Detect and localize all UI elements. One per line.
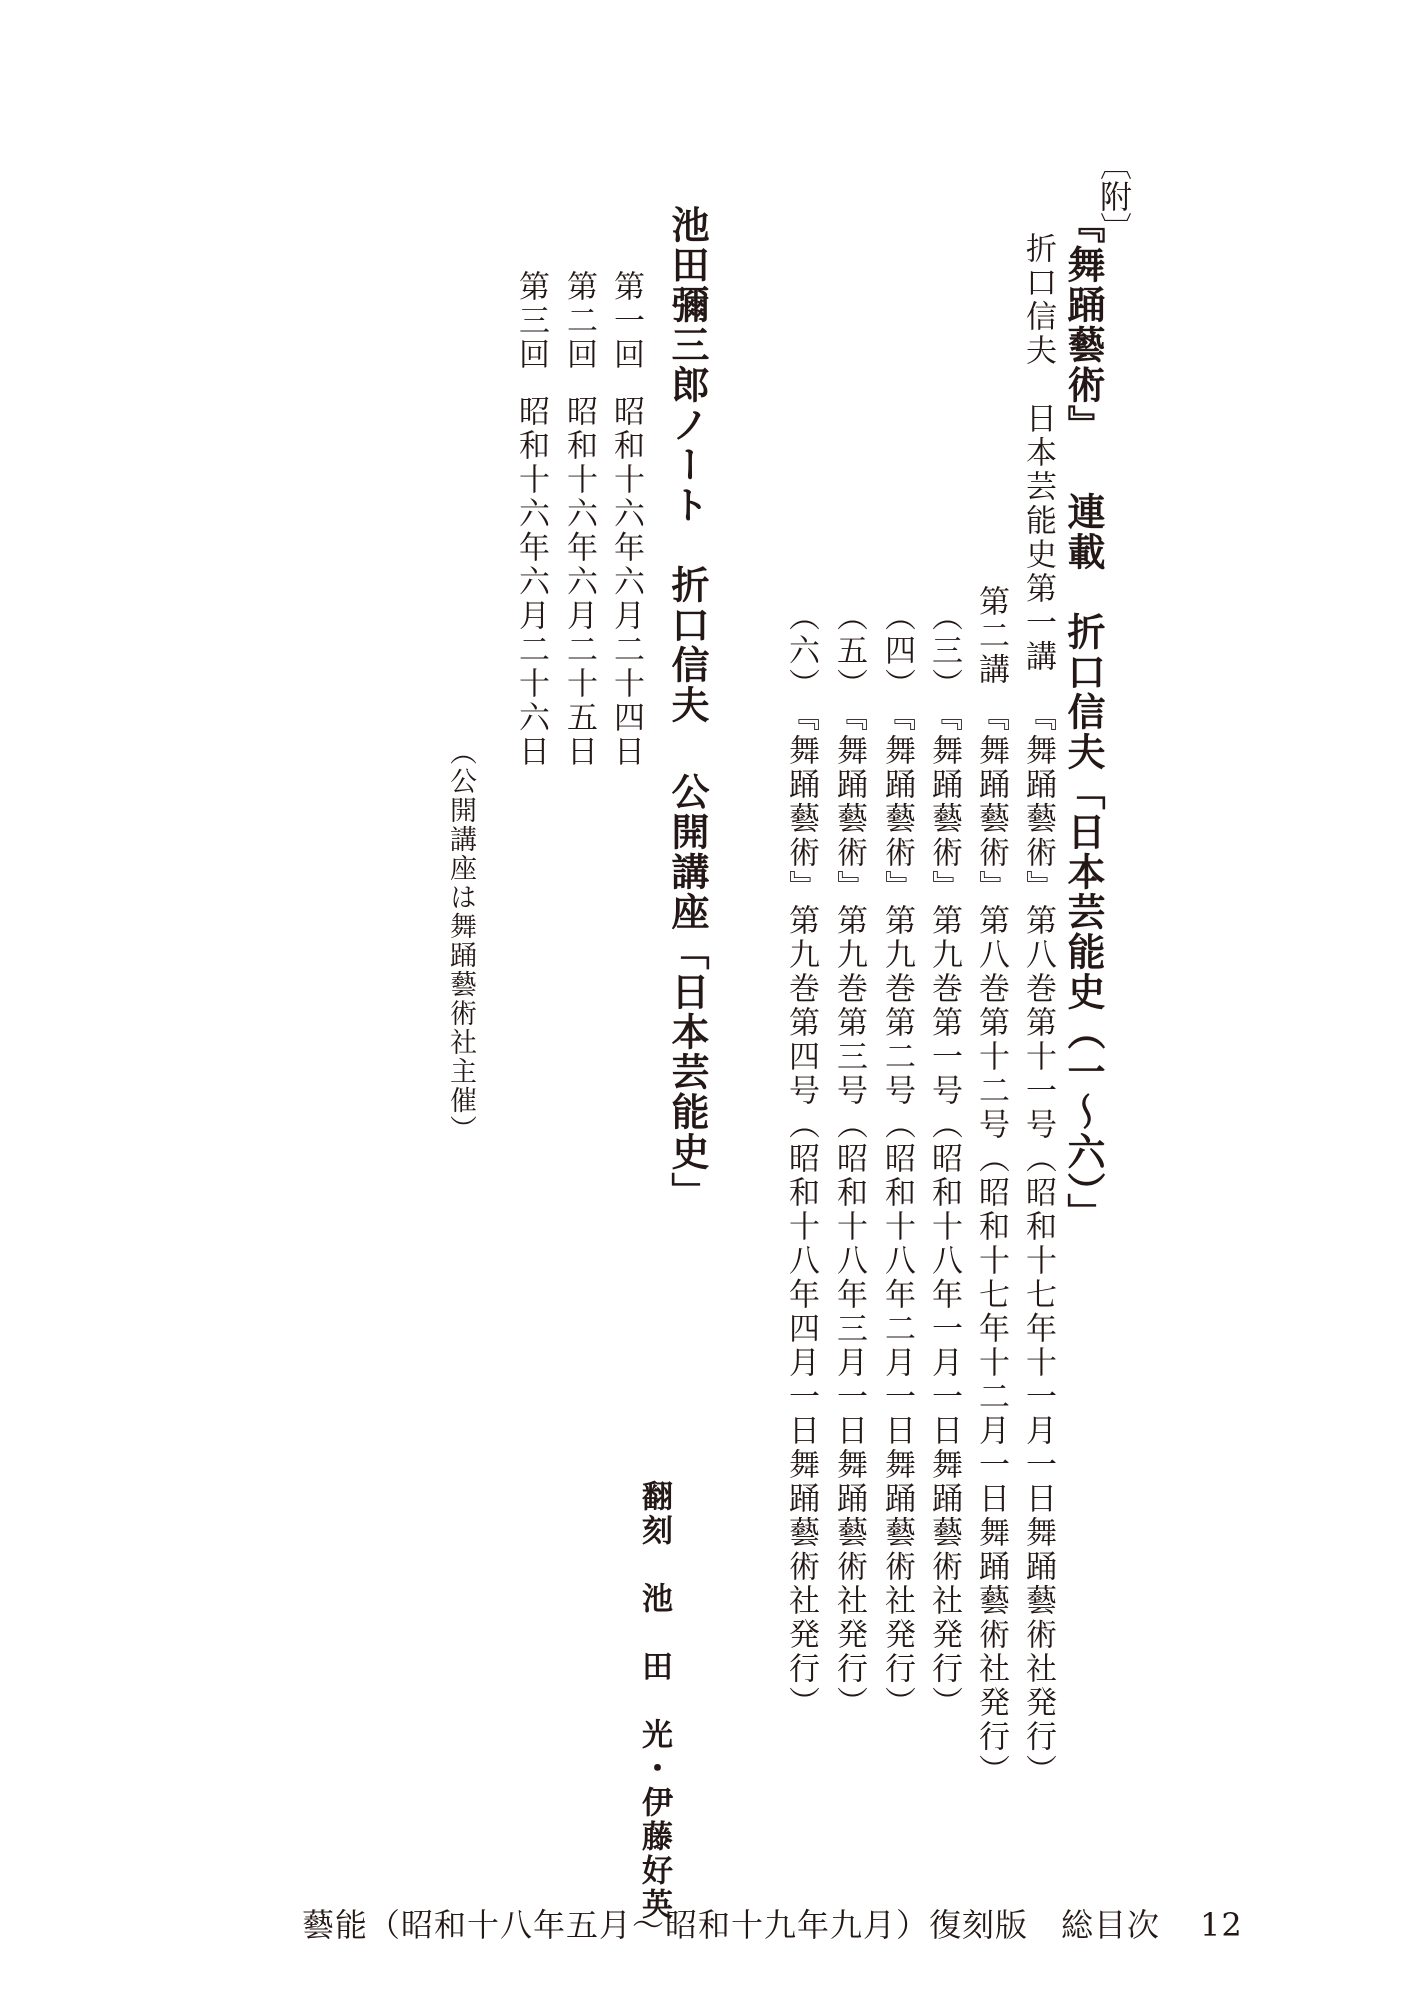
- entry-row-4-text: 『舞踊藝術』第九巻第二号（昭和十八年二月一日舞踊藝術社発行）: [881, 700, 912, 1720]
- entry-label: （四）: [879, 600, 915, 702]
- session-date-3: 昭和十六年六月二十六日: [515, 395, 546, 769]
- entry-row-6-text: 『舞踊藝術』第九巻第四号（昭和十八年四月一日舞踊藝術社発行）: [785, 700, 816, 1720]
- entry-row-3-text: 『舞踊藝術』第九巻第一号（昭和十八年一月一日舞踊藝術社発行）: [928, 700, 959, 1720]
- session-label-1: 第一回: [610, 270, 641, 372]
- entry-label: 折口信夫 日本芸能史第一講: [1020, 232, 1056, 674]
- section1-title: 『舞踊藝術』 連載 折口信夫「日本芸能史（一～六）」: [1064, 205, 1102, 1233]
- sponsor-note: （公開講座は舞踊藝術社主催）: [447, 738, 474, 1144]
- entry-text: 『舞踊藝術』第九巻第二号（昭和十八年二月一日舞踊藝術社発行）: [879, 700, 915, 1720]
- entry-row-2-text: 『舞踊藝術』第八巻第十二号（昭和十七年十二月一日舞踊藝術社発行）: [975, 700, 1006, 1788]
- entry-row-2: 第二講: [975, 585, 1006, 687]
- entry-row-1-text: 『舞踊藝術』第八巻第十一号（昭和十七年十一月一日舞踊藝術社発行）: [1022, 700, 1053, 1788]
- transcription-credit: 翻刻 池 田 光・伊藤好英: [638, 1480, 669, 1922]
- entry-row-6: （六）: [785, 600, 816, 702]
- footer-title: 藝能（昭和十八年五月～昭和十九年九月）復刻版 総目次: [302, 1906, 1160, 1944]
- entry-label: （五）: [831, 600, 867, 702]
- entry-row-4: （四）: [881, 600, 912, 702]
- page-footer: 藝能（昭和十八年五月～昭和十九年九月）復刻版 総目次12: [302, 1900, 1243, 1946]
- entry-row-5-text: 『舞踊藝術』第九巻第三号（昭和十八年三月一日舞踊藝術社発行）: [833, 700, 864, 1720]
- session-date-1: 昭和十六年六月二十四日: [610, 395, 641, 769]
- entry-row-5: （五）: [833, 600, 864, 702]
- page-number: 12: [1200, 1906, 1243, 1944]
- entry-row-1: 折口信夫 日本芸能史第一講: [1022, 232, 1053, 674]
- entry-row-3: （三）: [928, 600, 959, 702]
- entry-text: 『舞踊藝術』第八巻第十二号（昭和十七年十二月一日舞踊藝術社発行）: [973, 700, 1009, 1788]
- session-label-3: 第三回: [515, 270, 546, 372]
- entry-text: 『舞踊藝術』第八巻第十一号（昭和十七年十一月一日舞踊藝術社発行）: [1020, 700, 1056, 1788]
- entry-text: 『舞踊藝術』第九巻第三号（昭和十八年三月一日舞踊藝術社発行）: [831, 700, 867, 1720]
- entry-text: 『舞踊藝術』第九巻第四号（昭和十八年四月一日舞踊藝術社発行）: [783, 700, 819, 1720]
- session-label-2: 第二回: [563, 270, 594, 372]
- entry-text: 『舞踊藝術』第九巻第一号（昭和十八年一月一日舞踊藝術社発行）: [926, 700, 962, 1720]
- entry-label: 第二講: [973, 585, 1009, 687]
- session-date-2: 昭和十六年六月二十五日: [563, 395, 594, 769]
- entry-label: （六）: [783, 600, 819, 702]
- section2-title: 池田彌三郎ノート 折口信夫 公開講座「日本芸能史」: [668, 205, 706, 1212]
- entry-label: （三）: [926, 600, 962, 702]
